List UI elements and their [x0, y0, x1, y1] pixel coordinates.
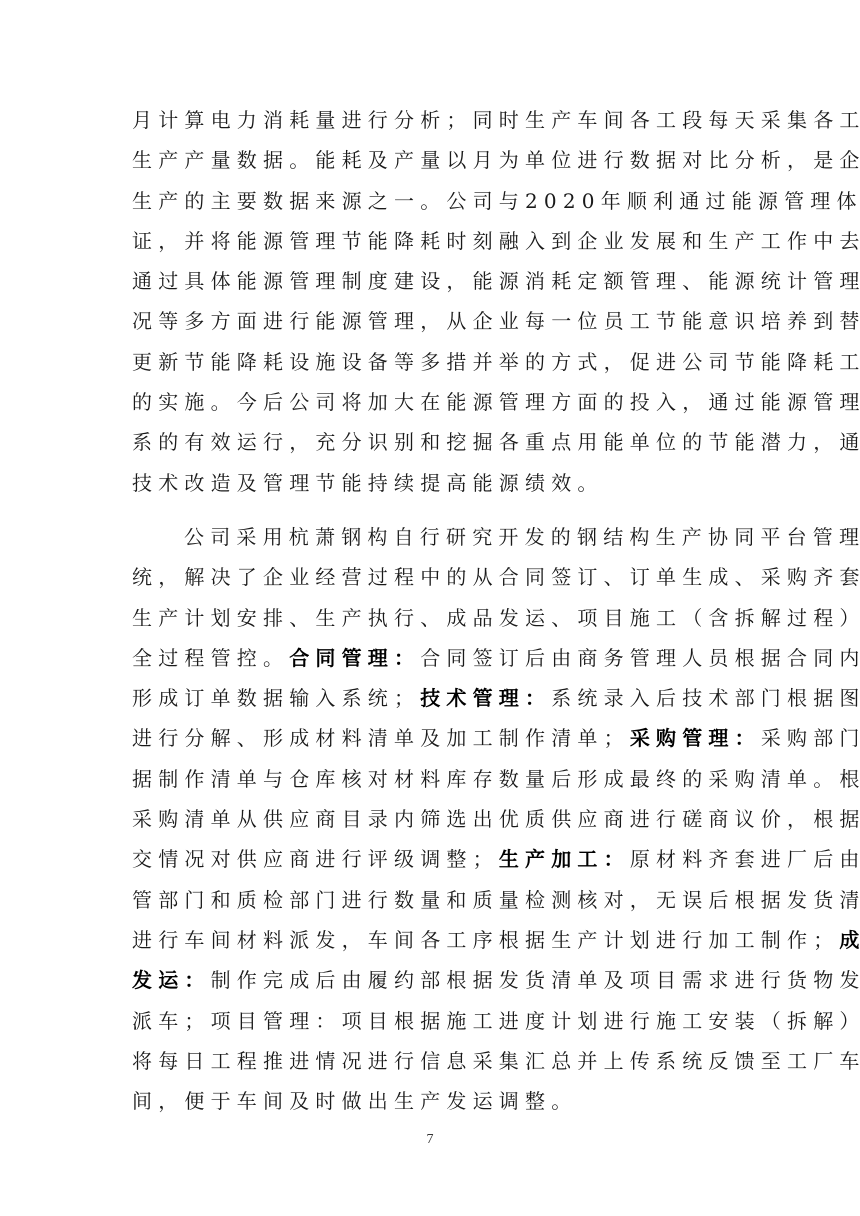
text-line: 生产计划安排、生产执行、成品发运、项目施工（含拆解过程）等 [132, 598, 732, 638]
paragraph-energy-management: 月计算电力消耗量进行分析；同时生产车间各工段每天采集各工序 生产产量数据。能耗及… [132, 100, 732, 503]
text-line: 全过程管控。合同管理：合同签订后由商务管理人员根据合同内容 [132, 638, 732, 678]
text-line: 更新节能降耗设施设备等多措并举的方式，促进公司节能降耗工作 [132, 342, 732, 382]
text-line: 间，便于车间及时做出生产发运调整。 [132, 1081, 732, 1121]
text-line: 将每日工程推进情况进行信息采集汇总并上传系统反馈至工厂车 [132, 1041, 732, 1081]
text-line: 的实施。今后公司将加大在能源管理方面的投入，通过能源管理体 [132, 382, 732, 422]
term-contract-management: 合同管理： [289, 646, 420, 670]
text-line: 采购清单从供应商目录内筛选出优质供应商进行磋商议价，根据成 [132, 799, 732, 839]
text-line: 派车；项目管理：项目根据施工进度计划进行施工安装（拆解）并 [132, 1001, 732, 1041]
body-text: 月计算电力消耗量进行分析；同时生产车间各工段每天采集各工序 生产产量数据。能耗及… [132, 100, 732, 1121]
text-line: 月计算电力消耗量进行分析；同时生产车间各工段每天采集各工序 [132, 100, 732, 140]
paragraph-production-platform: 公司采用杭萧钢构自行研究开发的钢结构生产协同平台管理系 统，解决了企业经营过程中… [132, 517, 732, 1121]
text-line: 交情况对供应商进行评级调整；生产加工：原材料齐套进厂后由库 [132, 839, 732, 879]
text-line: 据制作清单与仓库核对材料库存数量后形成最终的采购清单。根据 [132, 759, 732, 799]
document-page: 月计算电力消耗量进行分析；同时生产车间各工段每天采集各工序 生产产量数据。能耗及… [0, 0, 860, 1216]
text-line: 发运：制作完成后由履约部根据发货清单及项目需求进行货物发运 [132, 960, 732, 1000]
term-production-processing: 生产加工： [499, 847, 630, 871]
text-line: 技术改造及管理节能持续提高能源绩效。 [132, 463, 732, 503]
text-line: 生产产量数据。能耗及产量以月为单位进行数据对比分析，是企业 [132, 140, 732, 180]
text-line: 系的有效运行，充分识别和挖掘各重点用能单位的节能潜力，通过 [132, 422, 732, 462]
term-technical-management: 技术管理： [420, 686, 551, 710]
term-product-shipping-cont: 发运： [132, 968, 211, 992]
text-line: 形成订单数据输入系统；技术管理：系统录入后技术部门根据图纸 [132, 678, 732, 718]
text-line: 管部门和质检部门进行数量和质量检测核对，无误后根据发货清单 [132, 880, 732, 920]
text-line: 生产的主要数据来源之一。公司与2020年顺利通过能源管理体系认 [132, 181, 732, 221]
text-line: 通过具体能源管理制度建设，能源消耗定额管理、能源统计管理状 [132, 261, 732, 301]
term-product-shipping: 成品 [839, 928, 860, 952]
page-number: 7 [0, 1132, 860, 1148]
text-line: 况等多方面进行能源管理，从企业每一位员工节能意识培养到替换 [132, 301, 732, 341]
text-line: 进行分解、形成材料清单及加工制作清单；采购管理：采购部门根 [132, 718, 732, 758]
term-procurement-management: 采购管理： [630, 726, 761, 750]
text-line: 公司采用杭萧钢构自行研究开发的钢结构生产协同平台管理系 [132, 517, 732, 557]
text-line: 进行车间材料派发，车间各工序根据生产计划进行加工制作；成品 [132, 920, 732, 960]
text-line: 证，并将能源管理节能降耗时刻融入到企业发展和生产工作中去， [132, 221, 732, 261]
text-line: 统，解决了企业经营过程中的从合同签订、订单生成、采购齐套、 [132, 557, 732, 597]
